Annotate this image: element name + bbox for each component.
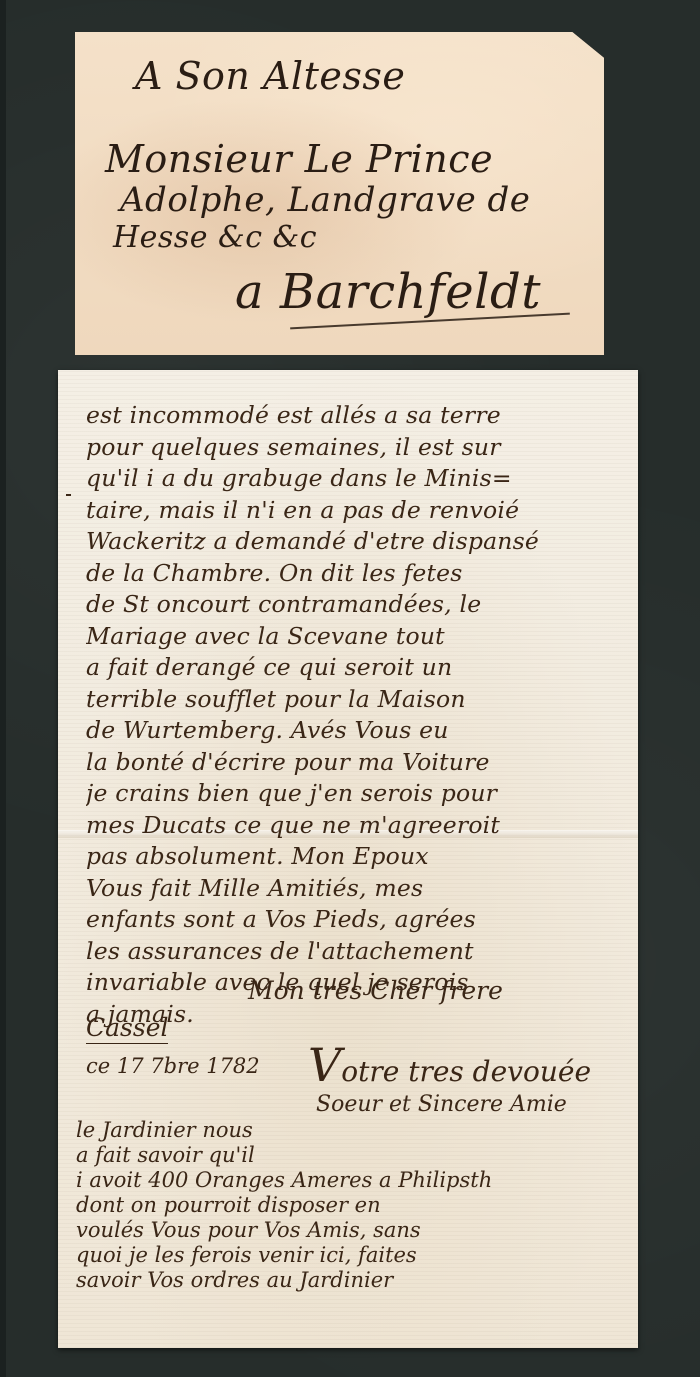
letter-line: a fait derangé ce qui seroit un xyxy=(86,652,631,684)
letter-line: est incommodé est allés a sa terre xyxy=(86,400,631,432)
letter-salutation: Mon tres Cher frere xyxy=(248,976,503,1005)
background-edge xyxy=(0,0,6,1377)
postscript-line: le Jardinier nous xyxy=(76,1118,636,1143)
signature-text: otre tres devouée xyxy=(341,1055,591,1088)
margin-mark xyxy=(66,494,71,496)
letter-line: Mariage avec la Scevane tout xyxy=(86,621,631,653)
letter-place: Cassel xyxy=(86,1013,168,1044)
letter-line: pas absolument. Mon Epoux xyxy=(86,841,631,873)
envelope-address-line: Monsieur Le Prince xyxy=(105,137,493,181)
letter-line: je crains bien que j'en serois pour xyxy=(86,778,631,810)
letter-line: les assurances de l'attachement xyxy=(86,936,631,968)
letter-line: la bonté d'écrire pour ma Voiture xyxy=(86,747,631,779)
postscript-line: i avoit 400 Oranges Ameres a Philipsth xyxy=(76,1168,636,1193)
envelope-address-line: Hesse &c &c xyxy=(113,220,317,255)
signature-initial: V xyxy=(308,1038,341,1092)
envelope-address-line: Adolphe, Landgrave de xyxy=(120,180,530,220)
letter-line: terrible soufflet pour la Maison xyxy=(86,684,631,716)
signature-line-2: Soeur et Sincere Amie xyxy=(316,1092,567,1117)
letter-line: Vous fait Mille Amitiés, mes xyxy=(86,873,631,905)
postscript-line: quoi je les ferois venir ici, faites xyxy=(76,1243,636,1268)
letter-line: qu'il i a du grabuge dans le Minis= xyxy=(86,463,631,495)
postscript: le Jardinier nous a fait savoir qu'il i … xyxy=(76,1118,636,1293)
letter-page: est incommodé est allés a sa terre pour … xyxy=(58,370,638,1348)
envelope-destination: a Barchfeldt xyxy=(235,264,541,320)
letter-line: de Wurtemberg. Avés Vous eu xyxy=(86,715,631,747)
envelope: A Son Altesse Monsieur Le Prince Adolphe… xyxy=(75,32,604,355)
postscript-line: savoir Vos ordres au Jardinier xyxy=(76,1268,636,1293)
postscript-line: voulés Vous pour Vos Amis, sans xyxy=(76,1218,636,1243)
letter-line: taire, mais il n'i en a pas de renvoié xyxy=(86,495,631,527)
letter-line: Wackeritz a demandé d'etre dispansé xyxy=(86,526,631,558)
letter-line: enfants sont a Vos Pieds, agrées xyxy=(86,904,631,936)
letter-line: pour quelques semaines, il est sur xyxy=(86,432,631,464)
letter-line: de la Chambre. On dit les fetes xyxy=(86,558,631,590)
postscript-line: dont on pourroit disposer en xyxy=(76,1193,636,1218)
letter-line: mes Ducats ce que ne m'agreeroit xyxy=(86,810,631,842)
letter-date: ce 17 7bre 1782 xyxy=(86,1054,260,1078)
postscript-line: a fait savoir qu'il xyxy=(76,1143,636,1168)
envelope-address-line: A Son Altesse xyxy=(135,54,405,98)
letter-line: de St oncourt contramandées, le xyxy=(86,589,631,621)
signature-line-1: Votre tres devouée xyxy=(308,1038,591,1092)
letter-body: est incommodé est allés a sa terre pour … xyxy=(86,400,631,1030)
